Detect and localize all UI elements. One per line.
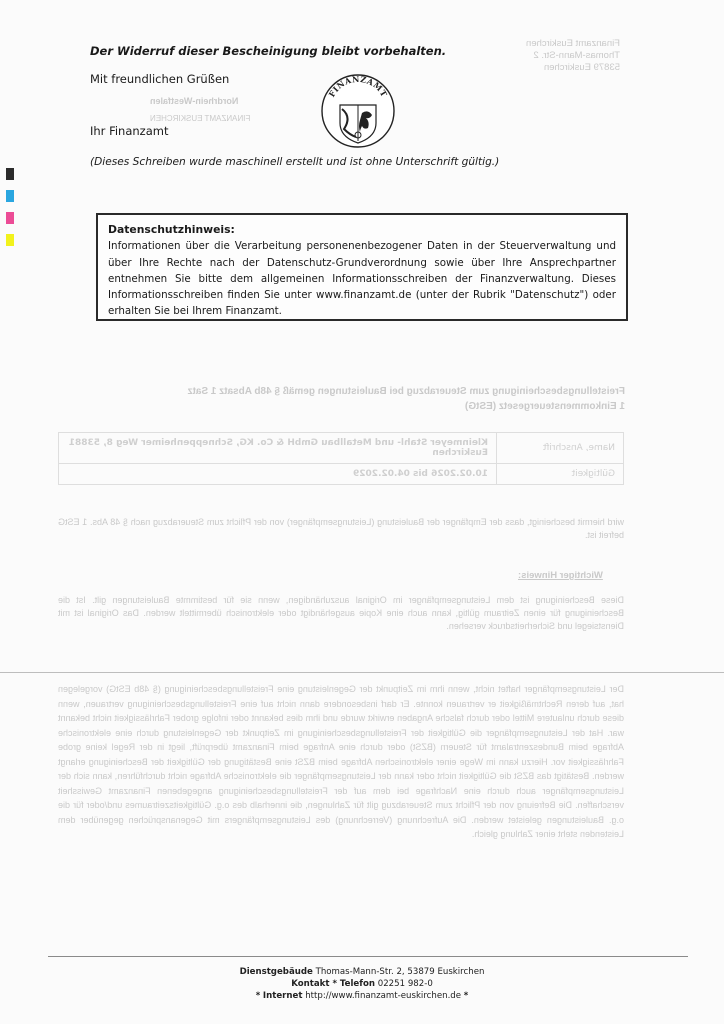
privacy-notice-title: Datenschutzhinweis: — [108, 222, 616, 238]
machine-note: (Dieses Schreiben wurde maschinell erste… — [90, 156, 499, 168]
registration-marks — [6, 168, 14, 256]
closing: Mit freundlichen Grüßen — [90, 72, 229, 86]
show-through-office: FINANZAMT EUSKIRCHEN — [150, 114, 250, 123]
table-cell-label: Gültigkeit — [497, 464, 624, 485]
registration-mark-black — [6, 168, 14, 180]
show-through-important-title: Wichtiger Hinweis: — [518, 570, 603, 581]
finanzamt-seal-icon: FINANZAMT — [320, 73, 396, 149]
footer-contact: Kontakt * Telefon 02251 982-0 — [0, 978, 724, 990]
show-through-state: Nordrhein-Westfalen — [150, 96, 238, 106]
ghost-address-line: 53879 Euskirchen — [500, 62, 620, 74]
registration-mark-cyan — [6, 190, 14, 202]
registration-mark-magenta — [6, 212, 14, 224]
privacy-notice-box: Datenschutzhinweis: Informationen über d… — [96, 213, 628, 321]
footer: Dienstgebäude Thomas-Mann-Str. 2, 53879 … — [0, 966, 724, 1002]
footer-building-value: Thomas-Mann-Str. 2, 53879 Euskirchen — [316, 967, 485, 977]
signature: Ihr Finanzamt — [90, 124, 168, 138]
table-cell-label: Name, Anschrift — [497, 433, 624, 464]
footer-internet-label: Internet — [263, 991, 303, 1001]
table-row: Gültigkeit 10.02.2026 bis 04.02.2029 — [59, 464, 624, 485]
ghost-address-line: Finanzamt Euskirchen — [500, 38, 620, 50]
footer-divider — [48, 956, 688, 957]
footer-building-label: Dienstgebäude — [240, 967, 313, 977]
revocation-notice: Der Widerruf dieser Bescheinigung bleibt… — [90, 44, 446, 58]
footer-internet-link[interactable]: http://www.finanzamt-euskirchen.de — [305, 991, 461, 1001]
footer-building: Dienstgebäude Thomas-Mann-Str. 2, 53879 … — [0, 966, 724, 978]
footer-internet-prefix: * — [256, 991, 261, 1001]
fold-line — [0, 672, 724, 673]
show-through-important-body: Diese Bescheinigung ist dem Leistungsemp… — [58, 594, 624, 633]
table-cell-value: 10.02.2026 bis 04.02.2029 — [59, 464, 497, 485]
show-through-intro: wird hiermit bescheinigt, dass der Empfä… — [58, 516, 624, 542]
footer-internet: * Internet http://www.finanzamt-euskirch… — [0, 990, 724, 1002]
ghost-address-line: Thomas-Mann-Str. 2 — [500, 50, 620, 62]
footer-internet-suffix: * — [464, 991, 469, 1001]
footer-contact-value: 02251 982-0 — [378, 979, 433, 989]
table-cell-value: Kleinmeyer Stahl- und Metallbau GmbH & C… — [59, 433, 497, 464]
table-row: Name, Anschrift Kleinmeyer Stahl- und Me… — [59, 433, 624, 464]
show-through-long-body: Der Leistungsempfänger haftet nicht, wen… — [58, 682, 624, 842]
privacy-notice-body: Informationen über die Verarbeitung pers… — [108, 238, 616, 319]
show-through-heading: Freistellungsbescheinigung zum Steuerabz… — [185, 384, 625, 414]
show-through-table: Name, Anschrift Kleinmeyer Stahl- und Me… — [58, 432, 624, 485]
footer-contact-label: Kontakt * Telefon — [291, 979, 375, 989]
registration-mark-yellow — [6, 234, 14, 246]
show-through-address: Finanzamt Euskirchen Thomas-Mann-Str. 2 … — [500, 38, 620, 74]
